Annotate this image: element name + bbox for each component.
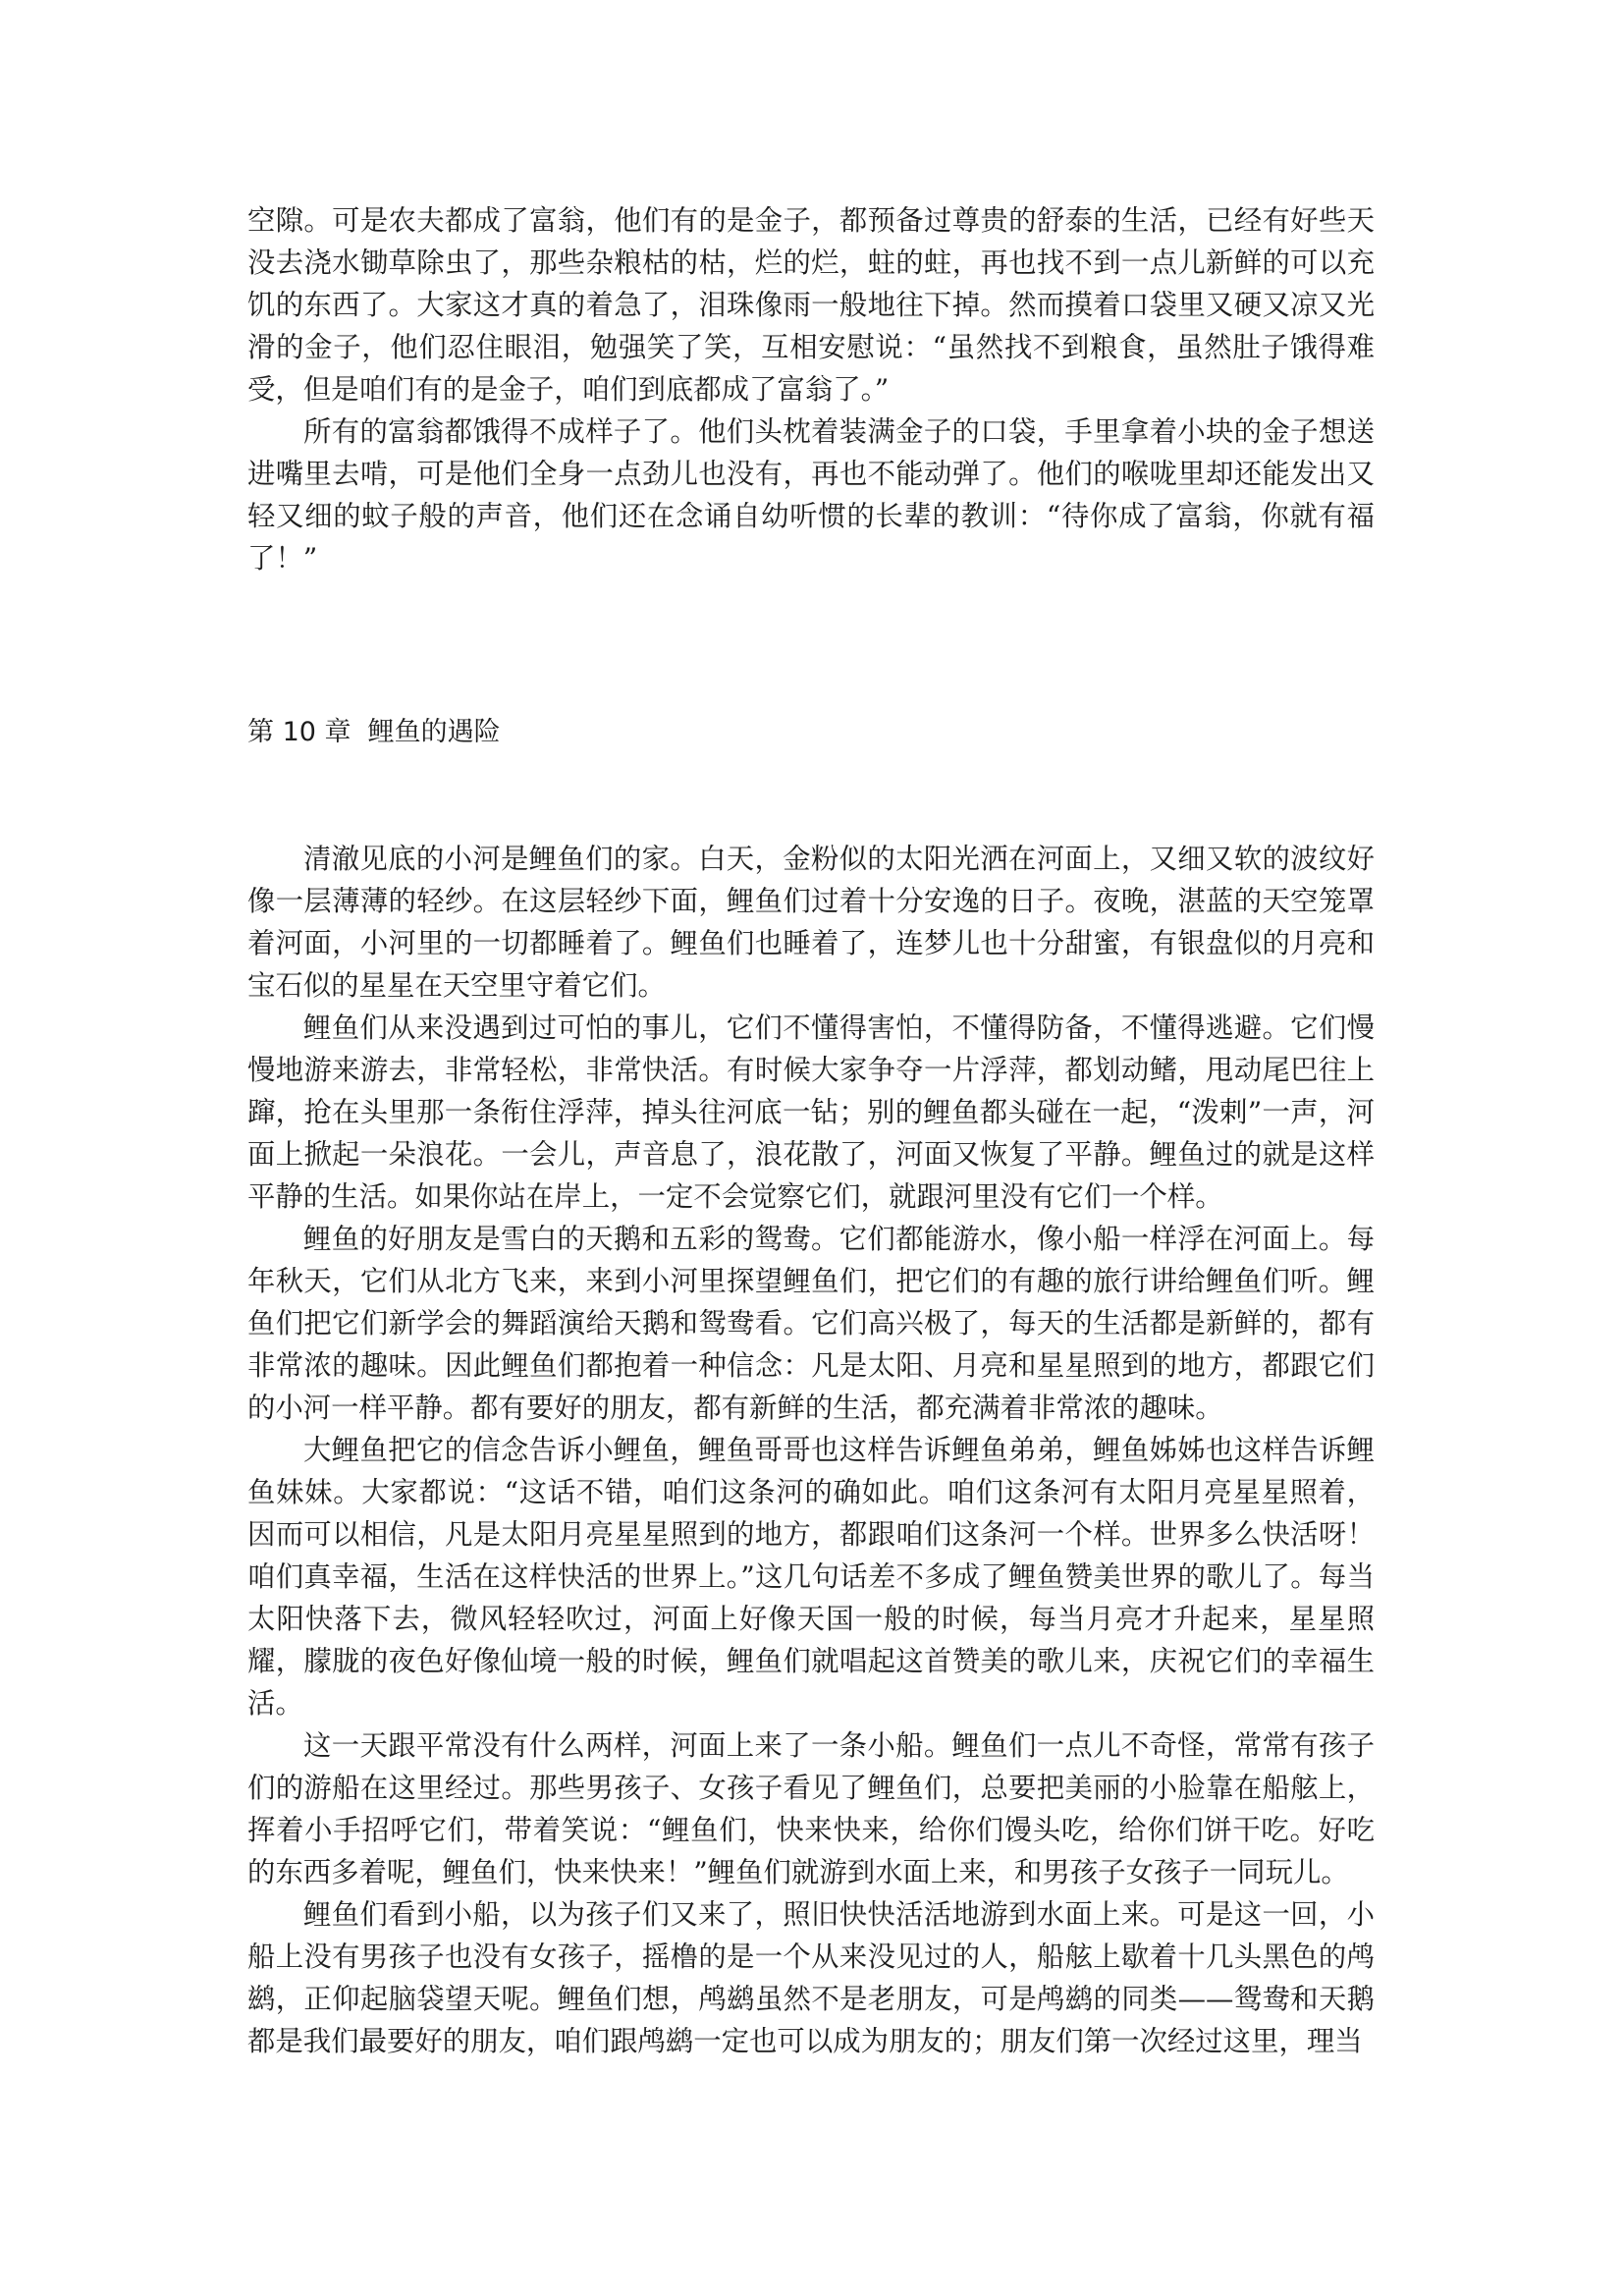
paragraph: 空隙。可是农夫都成了富翁，他们有的是金子，都预备过尊贵的舒泰的生活，已经有好些天… bbox=[247, 199, 1375, 410]
paragraph: 鲤鱼的好朋友是雪白的天鹅和五彩的鸳鸯。它们都能游水，像小船一样浮在河面上。每年秋… bbox=[247, 1218, 1375, 1429]
paragraph: 鲤鱼们看到小船，以为孩子们又来了，照旧快快活活地游到水面上来。可是这一回，小船上… bbox=[247, 1893, 1375, 2062]
document-page: 空隙。可是农夫都成了富翁，他们有的是金子，都预备过尊贵的舒泰的生活，已经有好些天… bbox=[0, 0, 1623, 2296]
previous-chapter-ending: 空隙。可是农夫都成了富翁，他们有的是金子，都预备过尊贵的舒泰的生活，已经有好些天… bbox=[247, 199, 1375, 579]
paragraph: 这一天跟平常没有什么两样，河面上来了一条小船。鲤鱼们一点儿不奇怪，常常有孩子们的… bbox=[247, 1724, 1375, 1893]
paragraph: 大鲤鱼把它的信念告诉小鲤鱼，鲤鱼哥哥也这样告诉鲤鱼弟弟，鲤鱼姊姊也这样告诉鲤鱼妹… bbox=[247, 1429, 1375, 1724]
paragraph: 清澈见底的小河是鲤鱼们的家。白天，金粉似的太阳光洒在河面上，又细又软的波纹好像一… bbox=[247, 838, 1375, 1007]
chapter-body: 清澈见底的小河是鲤鱼们的家。白天，金粉似的太阳光洒在河面上，又细又软的波纹好像一… bbox=[247, 838, 1375, 2062]
paragraph: 所有的富翁都饿得不成样子了。他们头枕着装满金子的口袋，手里拿着小块的金子想送进嘴… bbox=[247, 410, 1375, 579]
chapter-title: 第 10 章 鲤鱼的遇险 bbox=[247, 711, 501, 753]
paragraph: 鲤鱼们从来没遇到过可怕的事儿，它们不懂得害怕，不懂得防备，不懂得逃避。它们慢慢地… bbox=[247, 1007, 1375, 1218]
